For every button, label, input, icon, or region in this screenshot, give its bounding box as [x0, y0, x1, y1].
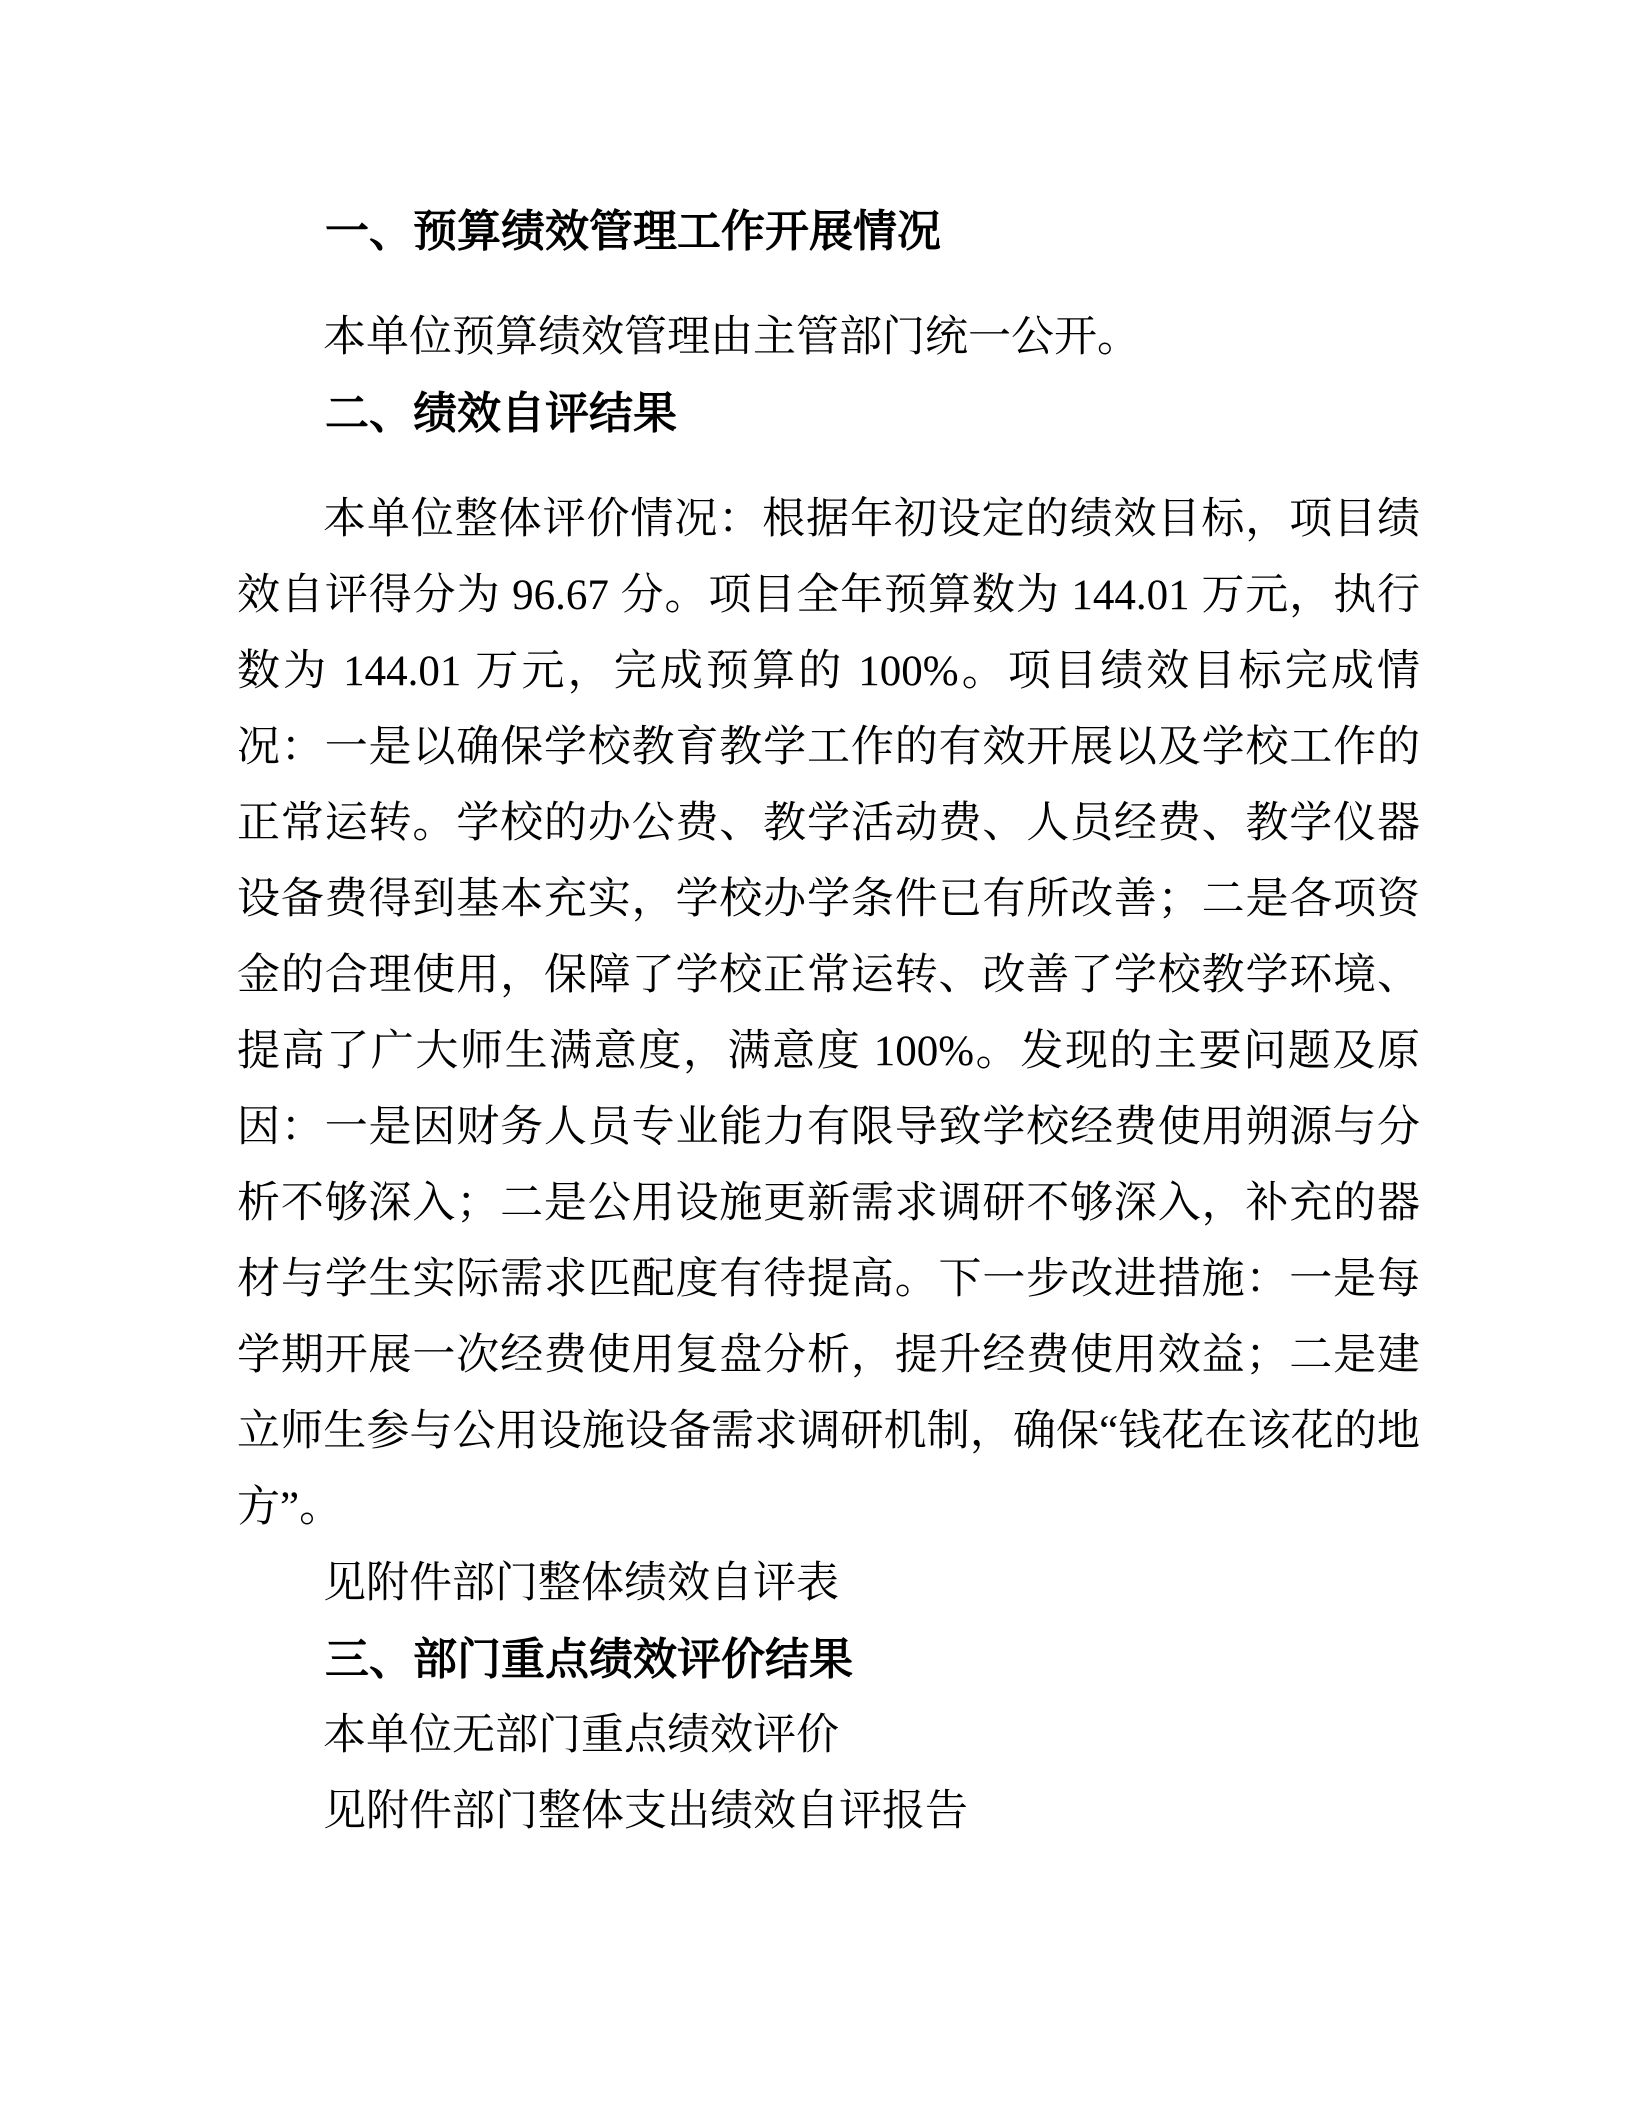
para-no-key-evaluation: 本单位无部门重点绩效评价 — [237, 1698, 1420, 1774]
heading-key-performance-evaluation-results: 三、部门重点绩效评价结果 — [237, 1622, 1420, 1698]
para-unified-disclosure: 本单位预算绩效管理由主管部门统一公开。 — [237, 300, 1420, 376]
para-see-attachment-self-evaluation-report: 见附件部门整体支出绩效自评报告 — [237, 1774, 1420, 1850]
heading-budget-performance-management: 一、预算绩效管理工作开展情况 — [237, 194, 1420, 270]
heading-self-evaluation-results: 二、绩效自评结果 — [237, 376, 1420, 452]
para-self-evaluation-detail: 本单位整体评价情况：根据年初设定的绩效目标，项目绩效自评得分为 96.67 分。… — [237, 482, 1420, 1546]
document-page: 一、预算绩效管理工作开展情况 本单位预算绩效管理由主管部门统一公开。 二、绩效自… — [0, 0, 1632, 2112]
para-see-attachment-self-evaluation-table: 见附件部门整体绩效自评表 — [237, 1546, 1420, 1622]
